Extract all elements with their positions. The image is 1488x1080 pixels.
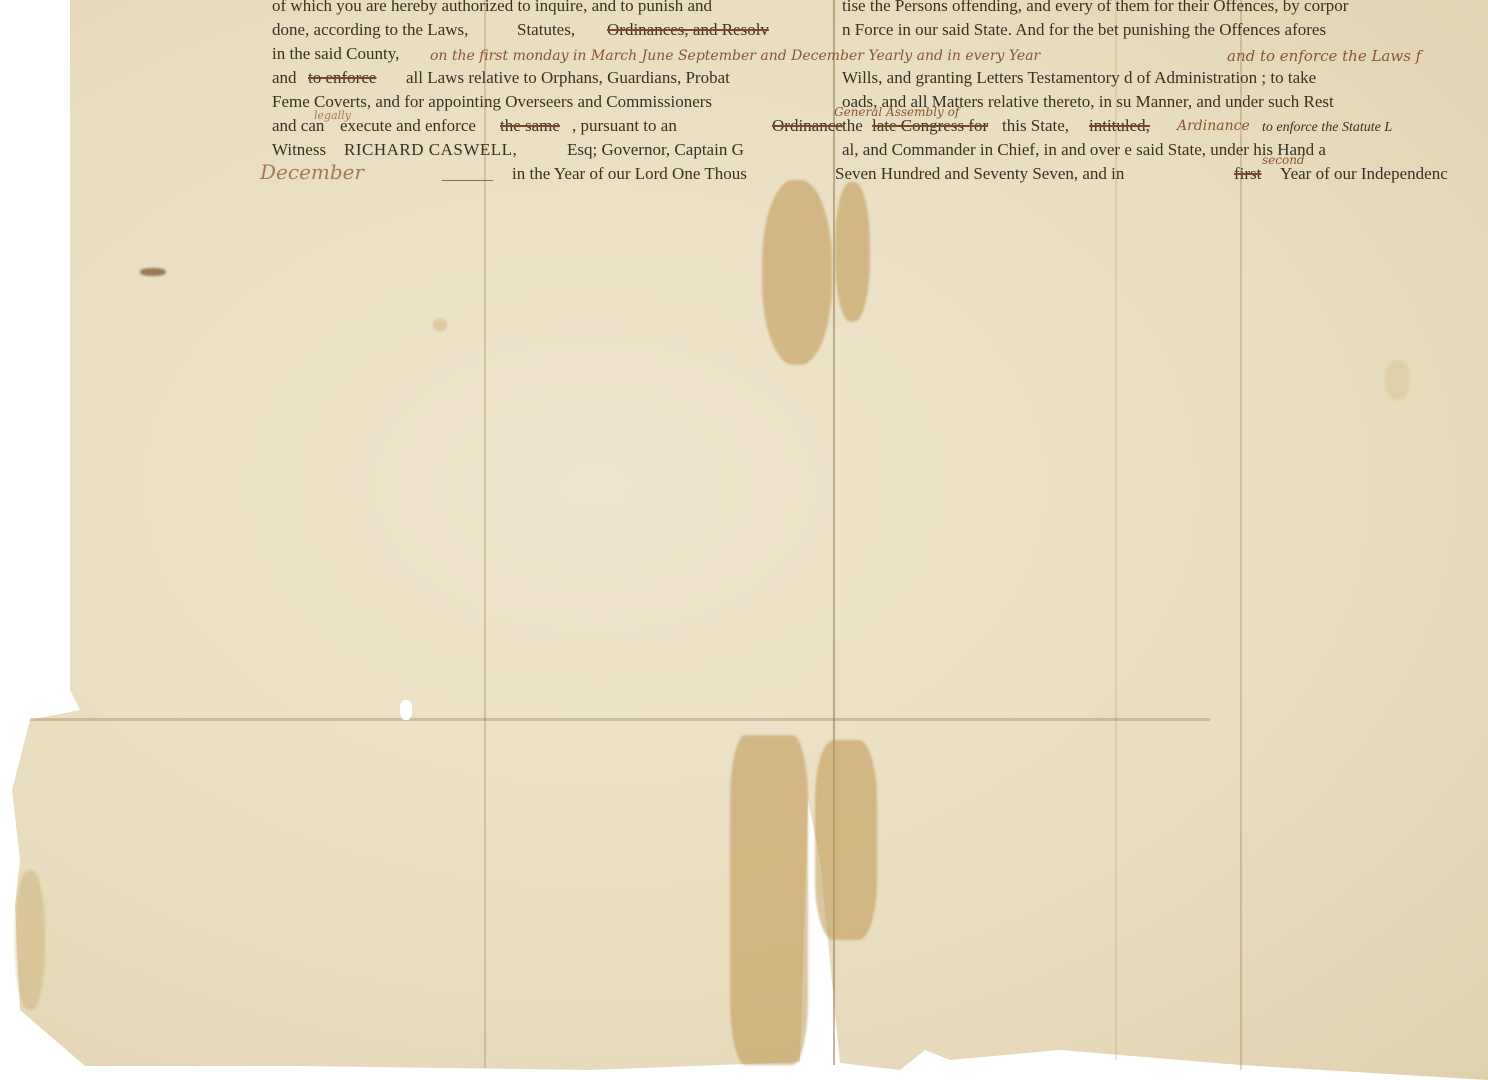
governor-name: RICHARD CASWELL, xyxy=(344,138,517,162)
print-text: done, according to the Laws, xyxy=(272,18,468,42)
blank-line: ______ xyxy=(442,162,493,186)
print-text: Esq; Governor, Captain G xyxy=(567,138,744,162)
text-line-4: and to enforce all Laws relative to Orph… xyxy=(272,66,1488,90)
handwritten-annotation: on the first monday in March June Septem… xyxy=(430,44,1040,68)
water-stain xyxy=(835,182,870,322)
print-text: Seven Hundred and Seventy Seven, and in xyxy=(835,162,1124,186)
print-text: Statutes, xyxy=(517,18,575,42)
text-line-6: legally and can execute and enforce the … xyxy=(272,114,1488,138)
print-text: tise the Persons offending, and every of… xyxy=(842,0,1348,18)
print-text: n Force in our said State. And for the b… xyxy=(842,18,1326,42)
struck-text: late Congress for xyxy=(872,114,988,138)
foxing-spot xyxy=(1385,360,1410,400)
water-stain xyxy=(15,870,45,1010)
print-text: all Laws relative to Orphans, Guardians,… xyxy=(406,66,730,90)
print-text: Witness xyxy=(272,138,326,162)
struck-text: the same xyxy=(500,114,560,138)
water-stain xyxy=(730,735,808,1065)
print-text: and can xyxy=(272,114,324,138)
print-text: Wills, and granting Letters Testamentory… xyxy=(842,66,1316,90)
print-text: execute and enforce xyxy=(340,114,476,138)
text-line-7: Witness RICHARD CASWELL, Esq; Governor, … xyxy=(272,138,1488,162)
struck-text: intituled, xyxy=(1089,114,1150,138)
print-text: , pursuant to an xyxy=(572,114,677,138)
handwritten-annotation: and to enforce the Laws f xyxy=(1227,44,1421,68)
foxing-spot xyxy=(433,318,447,332)
struck-text: first xyxy=(1234,162,1261,186)
print-italic-text: to enforce the Statute L xyxy=(1262,116,1392,140)
document-text: of which you are hereby authorized to in… xyxy=(272,0,1488,186)
struck-text: Ordinances, and Resolv xyxy=(607,18,769,42)
struck-text: to enforce xyxy=(308,66,376,90)
text-line-1: of which you are hereby authorized to in… xyxy=(272,0,1488,18)
handwritten-annotation: Ardinance xyxy=(1177,114,1250,138)
handwritten-month: December xyxy=(260,160,364,184)
print-text: the xyxy=(842,114,863,138)
text-line-5: Feme Coverts, and for appointing Oversee… xyxy=(272,90,1488,114)
print-text: this State, xyxy=(1002,114,1069,138)
print-text: and xyxy=(272,66,297,90)
print-text: of which you are hereby authorized to in… xyxy=(272,0,712,18)
text-line-2: done, according to the Laws, Statutes, O… xyxy=(272,18,1488,42)
water-stain xyxy=(815,740,877,940)
print-text: in the Year of our Lord One Thous xyxy=(512,162,747,186)
print-text: al, and Commander in Chief, in and over … xyxy=(842,138,1326,162)
print-text: Year of our Independenc xyxy=(1280,162,1448,186)
foxing-spot xyxy=(140,268,166,276)
tear-hole xyxy=(400,700,412,720)
fold-line-horizontal xyxy=(30,718,1210,721)
print-text: oads, and all Matters relative thereto, … xyxy=(842,90,1334,114)
text-line-8: December ______ in the Year of our Lord … xyxy=(272,162,1488,186)
print-text: in the said County, xyxy=(272,42,399,66)
text-line-3: in the said County, on the first monday … xyxy=(272,42,1488,66)
water-stain xyxy=(762,180,832,365)
struck-text: Ordinance xyxy=(772,114,843,138)
